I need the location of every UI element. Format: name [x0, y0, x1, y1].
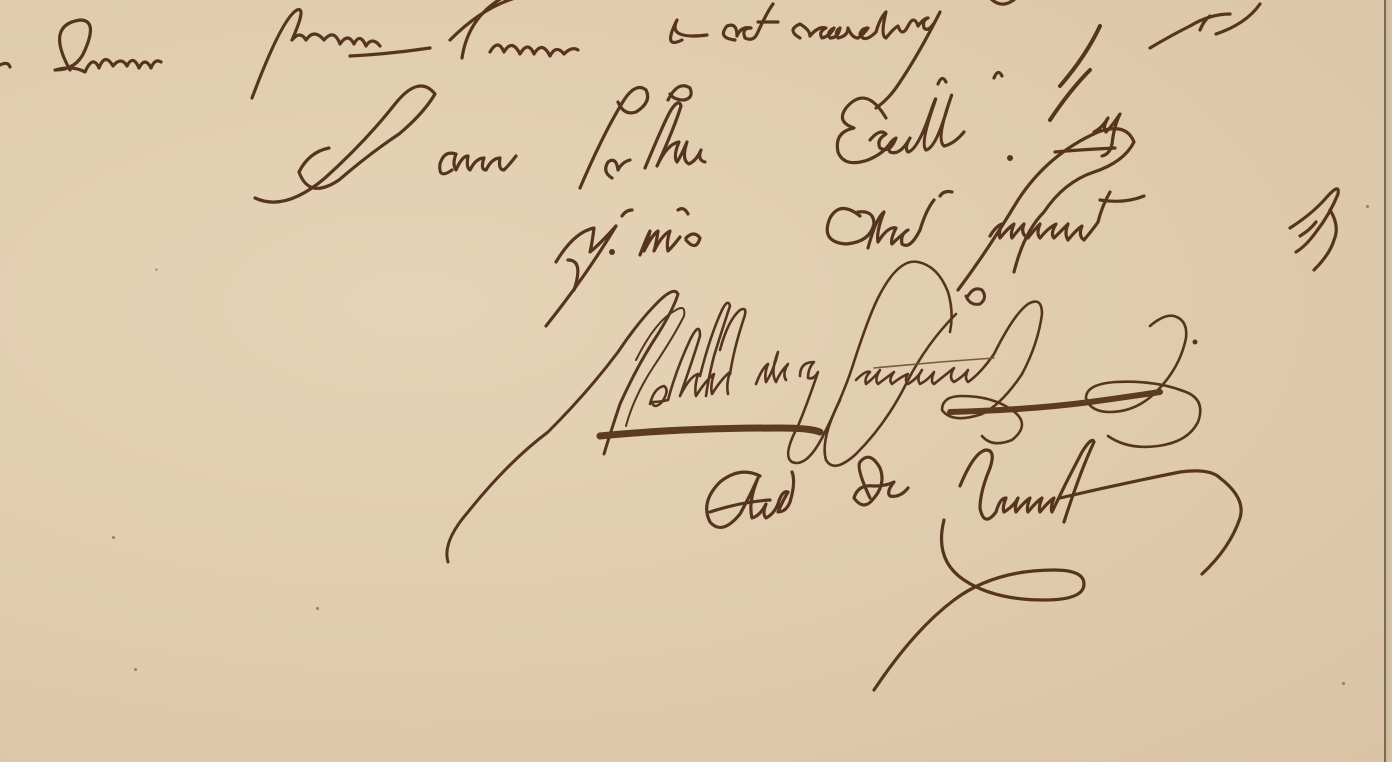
title-script: [707, 440, 1241, 690]
